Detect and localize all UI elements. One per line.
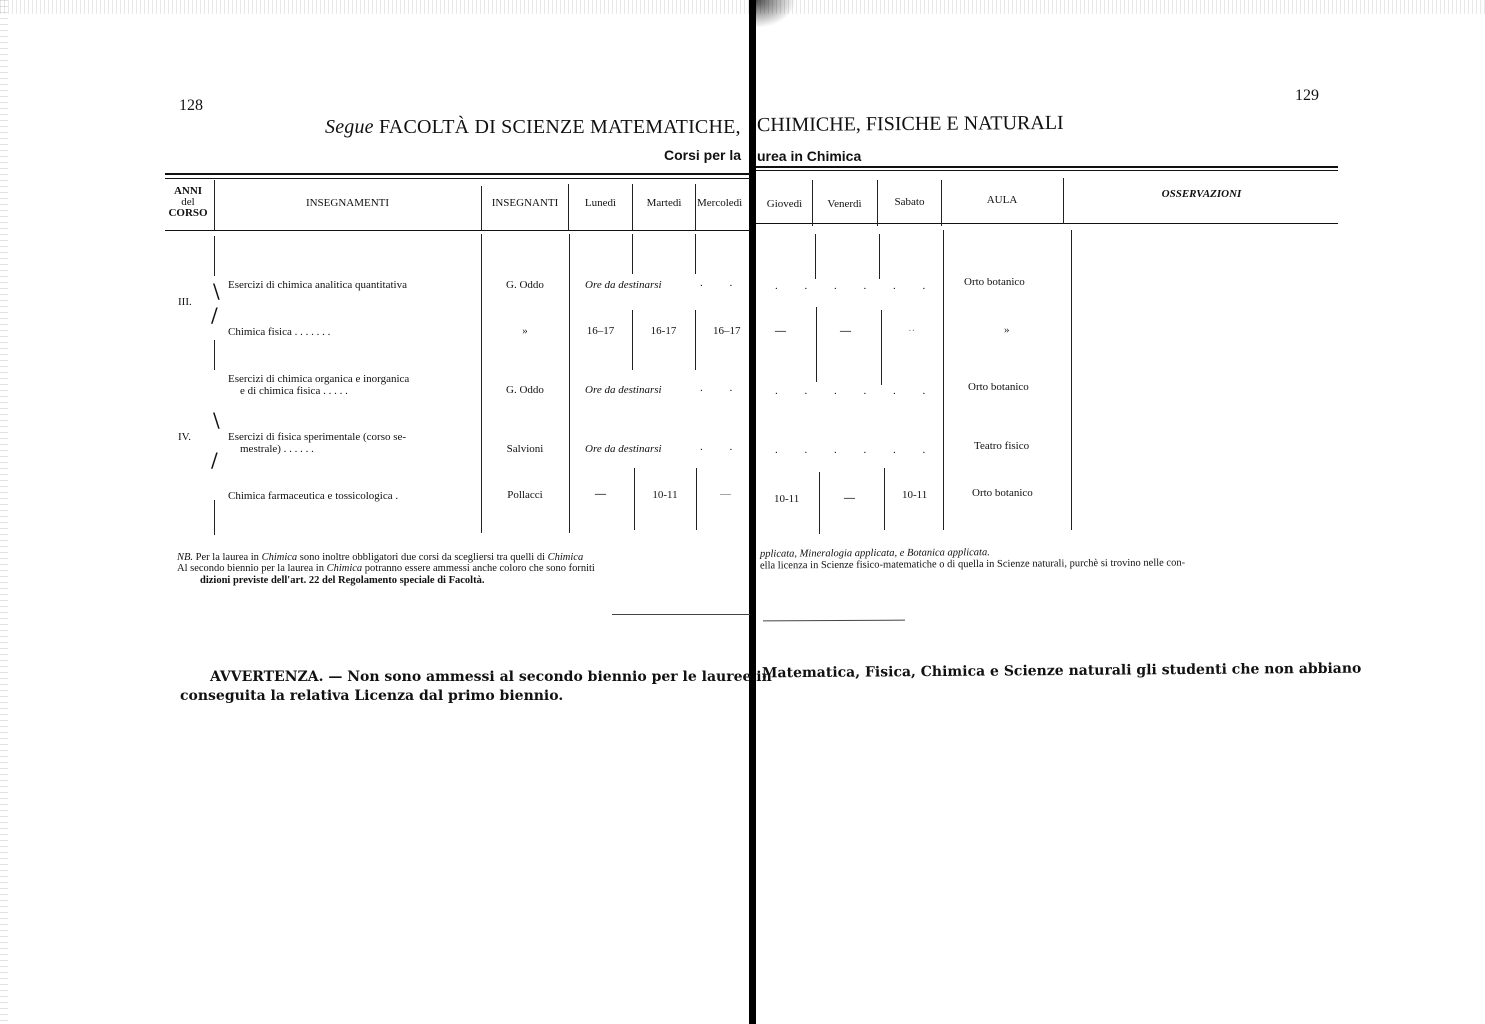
body-divider	[695, 234, 696, 274]
mercoledi-hours: —	[720, 488, 731, 500]
note-text: Per la laurea in	[193, 552, 262, 563]
body-divider	[632, 310, 633, 370]
table-top-rule-left-thin	[165, 178, 750, 179]
body-divider	[214, 340, 215, 370]
body-divider	[632, 234, 633, 274]
warning-line1-right: Matematica, Fisica, Chimica e Scienze na…	[762, 661, 1361, 682]
header-lunedi: Lunedì	[569, 197, 632, 209]
page-number-left: 128	[179, 97, 203, 115]
scan-smudge	[756, 0, 796, 28]
warning-line2-left: conseguita la relativa Licenza dal primo…	[180, 688, 563, 704]
brace-mark: /	[211, 305, 218, 325]
header-sabato: Sabato	[878, 196, 941, 208]
body-divider	[214, 236, 215, 276]
course-name-line2: mestrale) . . . . . .	[240, 443, 314, 455]
header-aula: AULA	[942, 194, 1062, 206]
brace-mark: \	[213, 281, 220, 301]
course-name-line1: Esercizi di fisica sperimentale (corso s…	[228, 431, 406, 443]
header-venerdi: Venerdì	[813, 198, 876, 210]
body-divider	[815, 234, 816, 279]
course-name-line1: Esercizi di chimica organica e inorganic…	[228, 373, 409, 385]
teacher: Salvioni	[482, 443, 568, 455]
body-divider	[214, 500, 215, 535]
table-top-rule-right-thin	[756, 170, 1338, 171]
body-divider	[943, 230, 944, 530]
header-mercoledi: Mercoledì	[697, 197, 757, 209]
body-divider	[696, 468, 697, 530]
leader-dots: . .	[700, 441, 744, 453]
subtitle-left: Corsi per la	[664, 147, 741, 163]
subtitle-right: urea in Chimica	[757, 148, 861, 164]
martedi-hours: 16-17	[632, 325, 695, 337]
course-name: Chimica fisica . . . . . . .	[228, 326, 330, 338]
note-italic: Chimica	[327, 563, 363, 574]
course-name-line2: e di chimica fisica . . . . .	[240, 385, 348, 397]
lunedi-hours: 16–17	[569, 325, 632, 337]
room: »	[1004, 324, 1010, 336]
col-divider	[1063, 178, 1064, 224]
note-text: sono inoltre obbligatori due corsi da sc…	[297, 552, 547, 563]
table-top-rule-left	[165, 173, 750, 175]
year-label-iv: IV.	[178, 431, 191, 443]
room: Orto botanico	[968, 381, 1029, 393]
teacher: G. Oddo	[482, 279, 568, 291]
header-insegnanti: INSEGNANTI	[482, 197, 568, 209]
leader-dots: . . . . . .	[775, 385, 937, 397]
header-corso: CORSO	[166, 208, 210, 219]
martedi-hours: 10-11	[634, 489, 696, 501]
note-text: potranno essere ammessi anche coloro che…	[362, 563, 595, 574]
giovedi-hours: 10-11	[774, 493, 799, 505]
header-martedi: Martedì	[633, 197, 695, 209]
title-prefix: Segue	[325, 116, 374, 138]
nb-note-line2-right: ella licenza in Scienze fisico-matematic…	[760, 558, 1185, 572]
body-divider	[884, 468, 885, 530]
leader-dots: . .	[700, 277, 744, 289]
schedule-note: Ore da destinarsi	[585, 443, 662, 455]
nb-note-line3-left: dizioni previste dell'art. 22 del Regola…	[200, 575, 484, 586]
page-title-left: Segue FACOLTÀ DI SCIENZE MATEMATICHE,	[325, 116, 741, 139]
leader-dots: . .	[700, 382, 744, 394]
note-italic: Chimica	[548, 552, 584, 563]
header-bottom-rule-right	[756, 223, 1338, 224]
lunedi-hours: —	[569, 488, 632, 500]
separator-left	[612, 614, 750, 615]
room: Teatro fisico	[974, 440, 1029, 452]
teacher: G. Oddo	[482, 384, 568, 396]
scan-noise-left	[0, 0, 8, 1024]
book-gutter	[749, 0, 756, 1024]
mercoledi-hours: 16–17	[713, 325, 741, 337]
body-divider	[816, 307, 817, 382]
leader-dots: . . . . . .	[775, 444, 937, 456]
scan-noise-top	[0, 0, 1485, 14]
note-italic: Chimica	[262, 552, 298, 563]
nb-note-line2-left: Al secondo biennio per la laurea in Chim…	[177, 563, 595, 574]
teacher: »	[482, 325, 568, 337]
header-bottom-rule-left	[165, 230, 750, 231]
header-insegnamenti: INSEGNAMENTI	[215, 197, 480, 209]
room: Orto botanico	[964, 276, 1025, 288]
warning-line1-left: AVVERTENZA. — Non sono ammessi al second…	[210, 669, 772, 685]
schedule-note: Ore da destinarsi	[585, 384, 662, 396]
sabato-hours: ··	[908, 325, 915, 337]
separator-right	[763, 620, 905, 622]
venerdi-hours: —	[840, 325, 851, 337]
brace-mark: /	[211, 450, 218, 470]
col-divider	[695, 184, 696, 230]
header-osservazioni: OSSERVAZIONI	[1064, 188, 1339, 200]
teacher: Pollacci	[482, 489, 568, 501]
nb-note-line1-right: pplicata, Mineralogia applicata, e Botan…	[760, 547, 990, 560]
header-giovedi: Giovedì	[757, 198, 812, 210]
header-anni-del-corso: ANNI del CORSO	[166, 186, 210, 219]
nb-label: NB.	[177, 552, 193, 563]
body-divider	[879, 234, 880, 279]
page-number-right: 129	[1295, 87, 1319, 105]
schedule-note: Ore da destinarsi	[585, 279, 662, 291]
title-text-left: FACOLTÀ DI SCIENZE MATEMATICHE,	[379, 116, 741, 138]
body-divider	[881, 310, 882, 385]
body-divider	[1071, 230, 1072, 530]
year-label-iii: III.	[178, 296, 192, 308]
course-name: Esercizi di chimica analitica quantitati…	[228, 279, 407, 291]
warning-text: — Non sono ammessi al secondo biennio pe…	[323, 669, 771, 685]
page-title-right: CHIMICHE, FISICHE E NATURALI	[757, 112, 1064, 137]
body-divider	[695, 310, 696, 370]
nb-note-line1-left: NB. Per la laurea in Chimica sono inoltr…	[177, 552, 583, 563]
sabato-hours: 10-11	[902, 489, 927, 501]
leader-dots: . . . . . .	[775, 280, 937, 292]
venerdi-hours: —	[844, 492, 855, 504]
course-name: Chimica farmaceutica e tossicologica .	[228, 490, 398, 502]
room: Orto botanico	[972, 487, 1033, 499]
brace-mark: \	[213, 410, 220, 430]
note-text: Al secondo biennio per la laurea in	[177, 563, 327, 574]
body-divider	[819, 472, 820, 534]
table-top-rule-right	[756, 166, 1338, 168]
giovedi-hours: —	[775, 325, 786, 337]
warning-label: AVVERTENZA.	[210, 669, 323, 685]
